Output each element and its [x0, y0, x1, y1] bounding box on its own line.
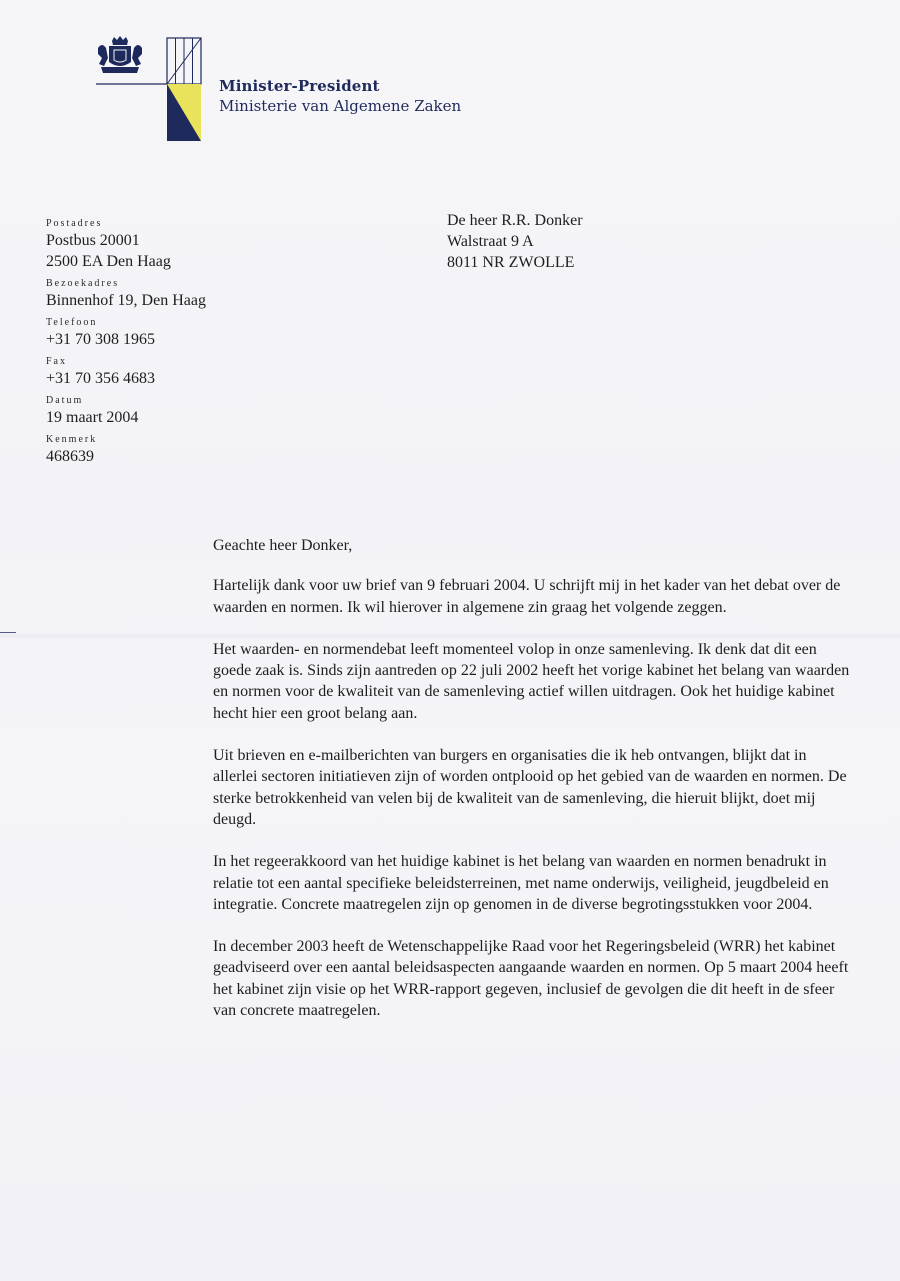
- sender-visit-address: Bezoekadres Binnenhof 19, Den Haag: [46, 278, 246, 311]
- sender-postal-address: Postadres Postbus 20001 2500 EA Den Haag: [46, 218, 246, 272]
- recipient-street: Walstraat 9 A: [447, 231, 583, 252]
- letter-date: Datum 19 maart 2004: [46, 395, 246, 428]
- paragraph: In het regeerakkoord van het huidige kab…: [213, 851, 853, 915]
- recipient-address: De heer R.R. Donker Walstraat 9 A 8011 N…: [447, 210, 583, 273]
- field-value: 19 maart 2004: [46, 407, 246, 428]
- sender-details: Postadres Postbus 20001 2500 EA Den Haag…: [46, 216, 246, 473]
- field-label: Datum: [46, 395, 246, 407]
- field-value: 2500 EA Den Haag: [46, 251, 246, 272]
- letterhead: Minister-President Ministerie van Algeme…: [219, 76, 461, 116]
- field-label: Fax: [46, 356, 246, 368]
- field-value: Postbus 20001: [46, 230, 246, 251]
- paragraph: Het waarden- en normendebat leeft moment…: [213, 639, 853, 724]
- field-value: 468639: [46, 446, 246, 467]
- salutation: Geachte heer Donker,: [213, 535, 853, 556]
- field-label: Postadres: [46, 218, 246, 230]
- field-value: +31 70 356 4683: [46, 368, 246, 389]
- sender-fax: Fax +31 70 356 4683: [46, 356, 246, 389]
- letter-reference: Kenmerk 468639: [46, 434, 246, 467]
- field-label: Kenmerk: [46, 434, 246, 446]
- letter-body: Geachte heer Donker, Hartelijk dank voor…: [213, 535, 853, 1042]
- letterhead-subtitle: Ministerie van Algemene Zaken: [219, 96, 461, 116]
- paragraph: In december 2003 heeft de Wetenschappeli…: [213, 936, 853, 1021]
- recipient-name: De heer R.R. Donker: [447, 210, 583, 231]
- field-label: Bezoekadres: [46, 278, 246, 290]
- letterhead-title: Minister-President: [219, 76, 461, 96]
- paragraph: Uit brieven en e-mailberichten van burge…: [213, 745, 853, 830]
- recipient-city: 8011 NR ZWOLLE: [447, 252, 583, 273]
- field-label: Telefoon: [46, 317, 246, 329]
- paragraph: Hartelijk dank voor uw brief van 9 febru…: [213, 575, 853, 618]
- field-value: +31 70 308 1965: [46, 329, 246, 350]
- field-value: Binnenhof 19, Den Haag: [46, 290, 246, 311]
- coat-of-arms-icon: [96, 36, 206, 144]
- fold-mark: [0, 632, 16, 633]
- sender-phone: Telefoon +31 70 308 1965: [46, 317, 246, 350]
